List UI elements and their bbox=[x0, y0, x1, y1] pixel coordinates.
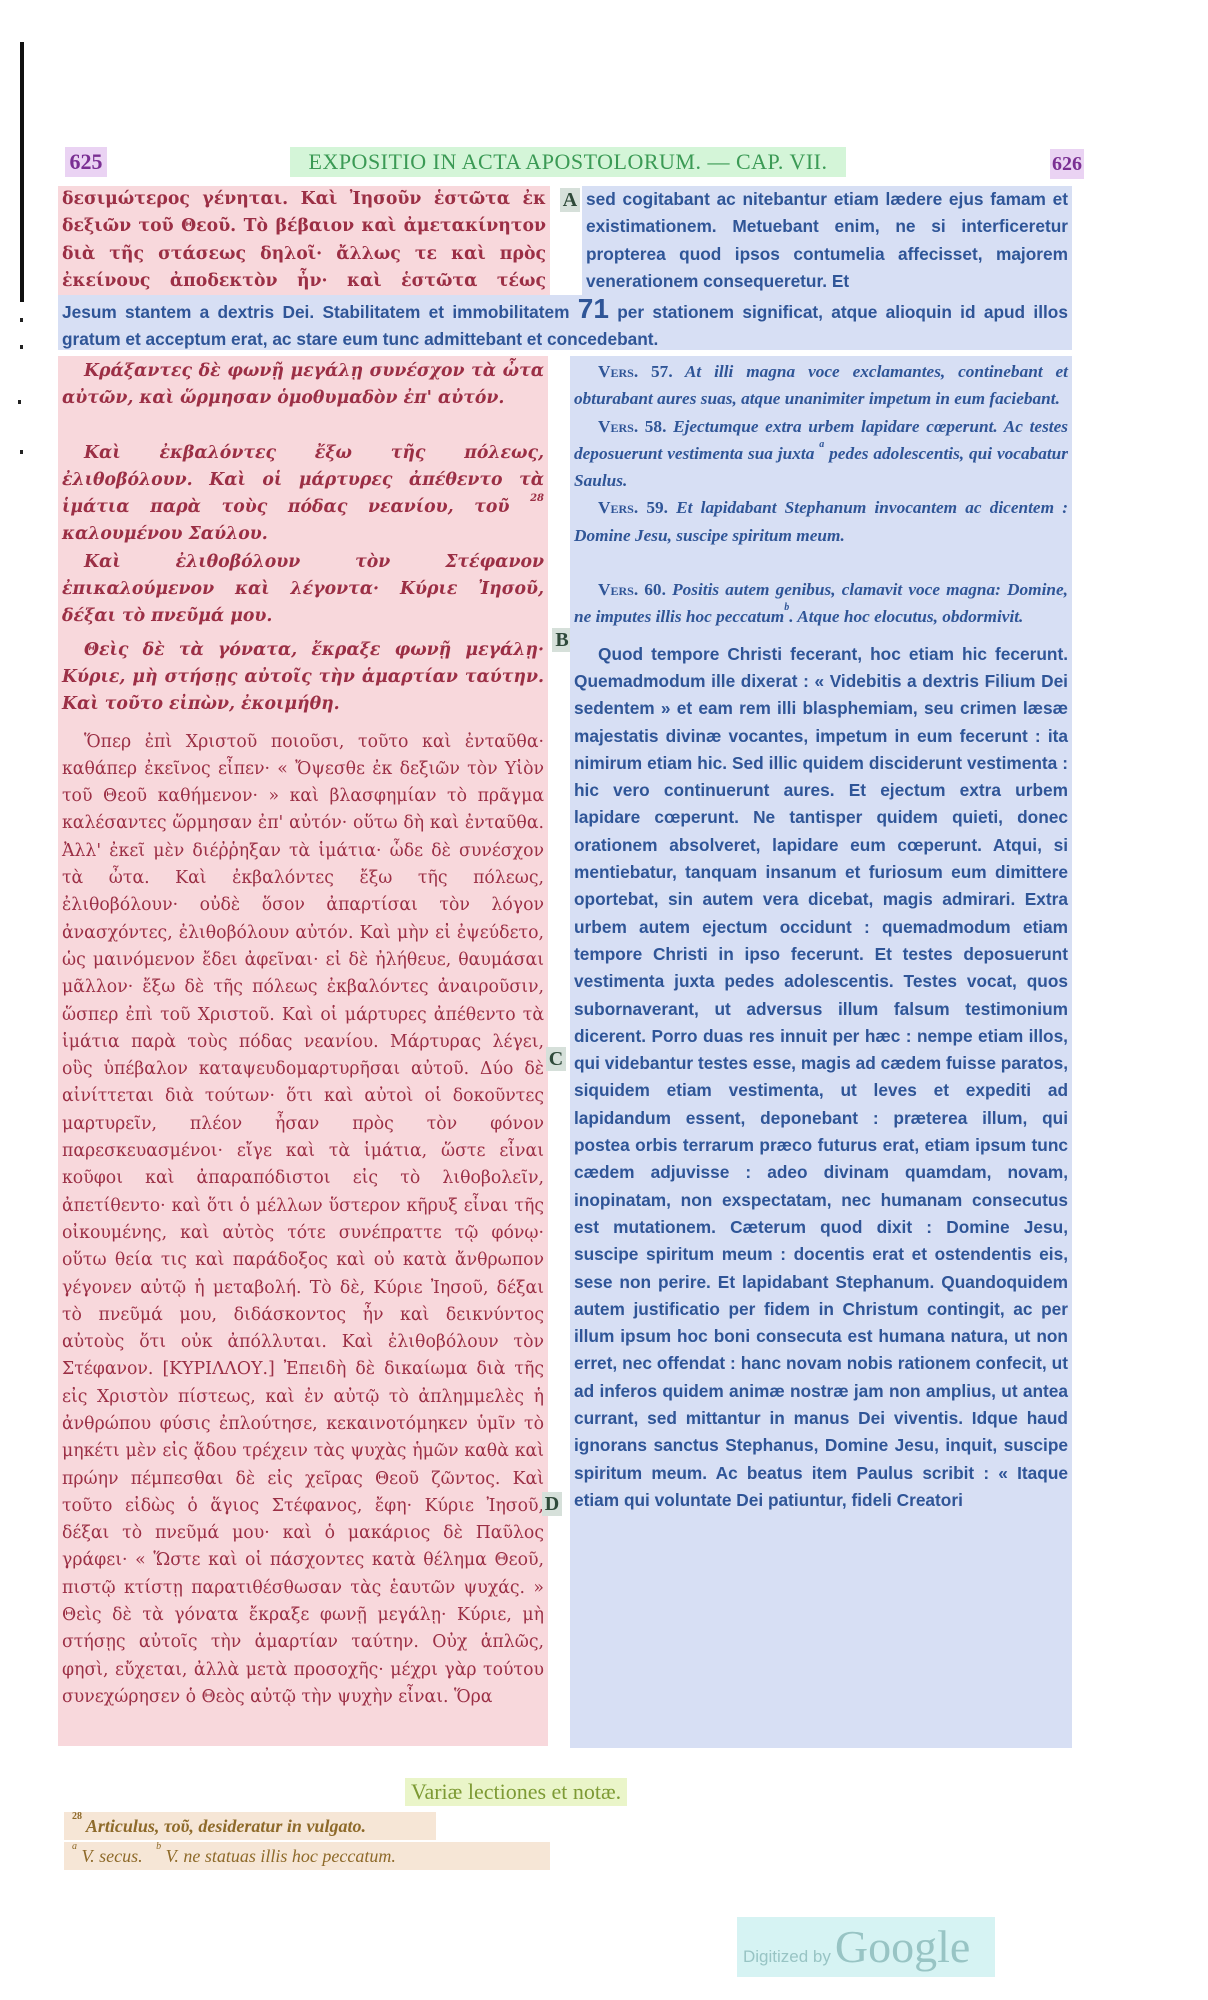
margin-marker-b: B bbox=[552, 628, 572, 652]
latin-wide-text: Jesum stantem a dextris Dei. Stabilitate… bbox=[62, 295, 1068, 354]
greek-verse-58-text-end: καλουμένου Σαύλου. bbox=[62, 524, 268, 544]
latin-verse-58: Vers. 58. Ejectumque extra urbem lapidar… bbox=[574, 413, 1068, 495]
scan-speck bbox=[20, 450, 23, 454]
latin-wide-block: Jesum stantem a dextris Dei. Stabilitate… bbox=[58, 295, 1072, 350]
note-1: 28 Articulus, τοῦ, desideratur in vulgat… bbox=[64, 1812, 436, 1840]
running-title: EXPOSITIO IN ACTA APOSTOLORUM. — CAP. VI… bbox=[290, 147, 846, 177]
note-3-text: V. ne statuas illis hoc peccatum. bbox=[166, 1846, 396, 1866]
note-2-text: V. secus. bbox=[82, 1846, 143, 1866]
margin-marker-d: D bbox=[542, 1492, 562, 1516]
latin-verse-60-text-end: . Atque hoc elocutus, obdormivit. bbox=[789, 607, 1023, 626]
greek-commentary: Ὅπερ ἐπὶ Χριστοῦ ποιοῦσι, τοῦτο καὶ ἐντα… bbox=[62, 729, 544, 1712]
greek-verse-60: Θεὶς δὲ τὰ γόνατα, ἔκραξε φωνῇ μεγάλῃ· Κ… bbox=[62, 637, 544, 719]
footnote-ref-28: 28 bbox=[530, 493, 544, 504]
footnote-ref-a: a bbox=[819, 439, 824, 450]
latin-top-text: sed cogitabant ac nitebantur etiam læder… bbox=[586, 186, 1068, 295]
scan-edge-line bbox=[20, 42, 24, 302]
verse-label-60: Vers. 60. bbox=[598, 580, 666, 599]
latin-verse-59: Vers. 59. Et lapidabant Stephanum invoca… bbox=[574, 494, 1068, 549]
latin-wide-text-a: Jesum stantem a dextris Dei. Stabilitate… bbox=[62, 302, 569, 322]
watermark-prefix: Digitized by bbox=[743, 1947, 831, 1966]
notes-title: Variæ lectiones et notæ. bbox=[405, 1778, 627, 1806]
note-3-mark: b bbox=[156, 1841, 161, 1852]
margin-marker-a: A bbox=[560, 188, 580, 212]
scan-speck bbox=[20, 345, 23, 349]
latin-verse-57: Vers. 57. At illi magna voce exclamantes… bbox=[574, 358, 1068, 413]
page-number-left: 625 bbox=[65, 147, 107, 177]
column-number: 71 bbox=[578, 293, 609, 324]
latin-top-block: sed cogitabant ac nitebantur etiam læder… bbox=[582, 186, 1072, 297]
margin-marker-c: C bbox=[546, 1047, 566, 1071]
latin-commentary: Quod tempore Christi fecerant, hoc etiam… bbox=[574, 641, 1068, 1515]
note-1-text: Articulus, τοῦ, desideratur in vulgato. bbox=[86, 1816, 366, 1836]
greek-verse-59: Καὶ ἐλιθοβόλουν τὸν Στέφανον ἐπικαλούμεν… bbox=[62, 549, 544, 631]
google-logo: Google bbox=[835, 1921, 970, 1972]
latin-column: Vers. 57. At illi magna voce exclamantes… bbox=[570, 356, 1072, 1748]
verse-label-58: Vers. 58. bbox=[598, 417, 666, 436]
verse-label-57: Vers. 57. bbox=[598, 362, 673, 381]
note-2-mark: a bbox=[72, 1841, 77, 1852]
greek-verse-57: Κράξαντες δὲ φωνῇ μεγάλῃ συνέσχον τὰ ὦτα… bbox=[62, 358, 544, 413]
note-2: a V. secus. b V. ne statuas illis hoc pe… bbox=[64, 1842, 550, 1870]
verse-label-59: Vers. 59. bbox=[598, 498, 668, 517]
scan-speck bbox=[18, 400, 21, 404]
greek-top-block: δεσιμώτερος γένηται. Καὶ Ἰησοῦν ἑστῶτα ἐ… bbox=[58, 186, 550, 295]
latin-verse-60: Vers. 60. Positis autem genibus, clamavi… bbox=[574, 576, 1068, 631]
greek-verse-58-text: Καὶ ἐκβαλόντες ἔξω τῆς πόλεως, ἐλιθοβόλο… bbox=[62, 443, 544, 518]
greek-column: Κράξαντες δὲ φωνῇ μεγάλῃ συνέσχον τὰ ὦτα… bbox=[58, 356, 548, 1746]
page-number-right: 626 bbox=[1050, 149, 1084, 179]
note-1-mark: 28 bbox=[72, 1811, 82, 1822]
greek-verse-58: Καὶ ἐκβαλόντες ἔξω τῆς πόλεως, ἐλιθοβόλο… bbox=[62, 440, 544, 549]
scan-speck bbox=[20, 318, 23, 322]
digitized-by-google-watermark: Digitized by Google bbox=[737, 1917, 995, 1977]
